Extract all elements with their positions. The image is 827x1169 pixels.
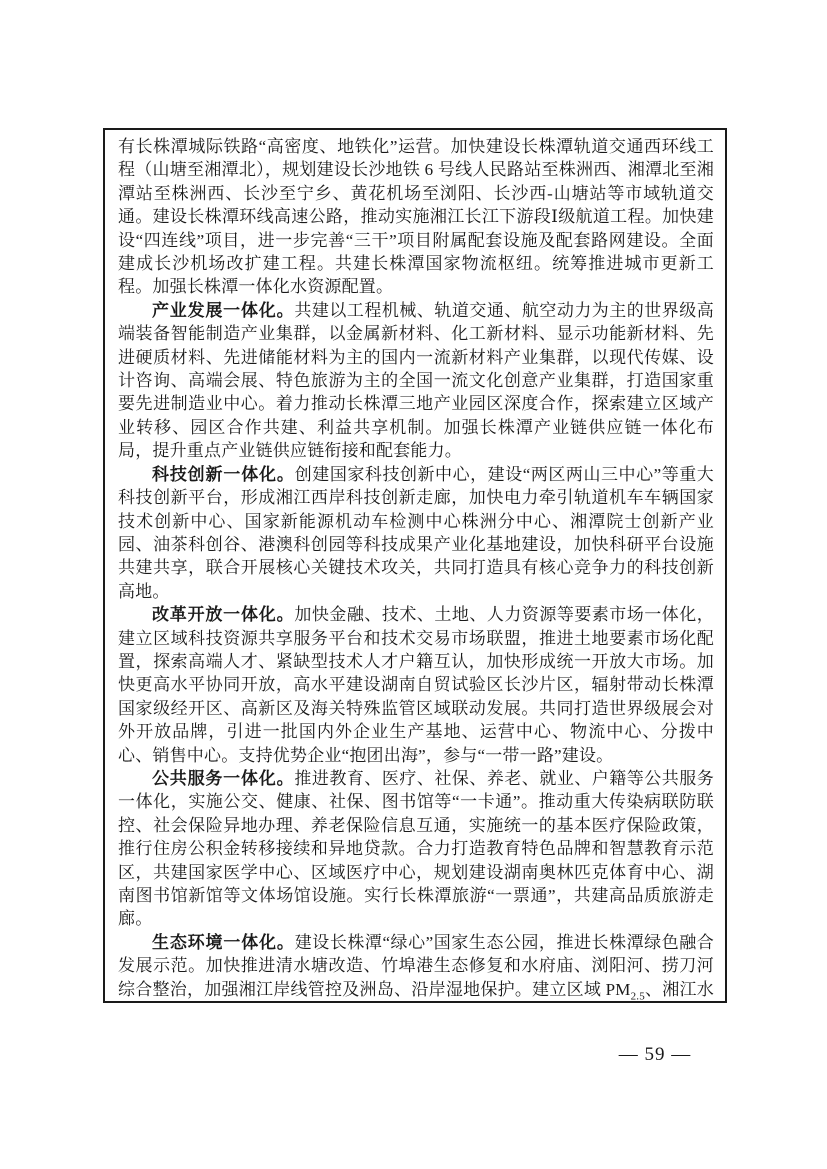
paragraph-lead: 公共服务一体化。 bbox=[152, 769, 294, 788]
paragraph-text: 共建以工程机械、轨道交通、航空动力为主的世界级高端装备智能制造产业集群，以金属新… bbox=[118, 301, 714, 460]
paragraph: 产业发展一体化。共建以工程机械、轨道交通、航空动力为主的世界级高端装备智能制造产… bbox=[118, 299, 714, 463]
body-text: 有长株潭城际铁路“高密度、地铁化”运营。加快建设长株潭轨道交通西环线工程（山塘至… bbox=[118, 135, 714, 1003]
document-page: 有长株潭城际铁路“高密度、地铁化”运营。加快建设长株潭轨道交通西环线工程（山塘至… bbox=[0, 0, 827, 1169]
paragraph-lead: 产业发展一体化。 bbox=[152, 301, 294, 320]
paragraph-text: 加快金融、技术、土地、人力资源等要素市场一体化，建立区域科技资源共享服务平台和技… bbox=[118, 605, 714, 764]
paragraph-text: 有长株潭城际铁路“高密度、地铁化”运营。加快建设长株潭轨道交通西环线工程（山塘至… bbox=[118, 137, 714, 296]
subscript-text: 2.5 bbox=[631, 990, 645, 1002]
page-number: — 59 — bbox=[595, 1044, 715, 1066]
paragraph: 科技创新一体化。创建国家科技创新中心，建设“两区两山三中心”等重大科技创新平台，… bbox=[118, 463, 714, 603]
paragraph: 生态环境一体化。建设长株潭“绿心”国家生态公园，推进长株潭绿色融合发展示范。加快… bbox=[118, 931, 714, 1003]
bordered-text-box: 有长株潭城际铁路“高密度、地铁化”运营。加快建设长株潭轨道交通西环线工程（山塘至… bbox=[103, 128, 727, 1003]
paragraph-text: 创建国家科技创新中心，建设“两区两山三中心”等重大科技创新平台，形成湘江西岸科技… bbox=[118, 465, 714, 601]
paragraph: 有长株潭城际铁路“高密度、地铁化”运营。加快建设长株潭轨道交通西环线工程（山塘至… bbox=[118, 135, 714, 299]
paragraph-lead: 科技创新一体化。 bbox=[152, 465, 295, 484]
paragraph-lead: 生态环境一体化。 bbox=[152, 933, 295, 952]
paragraph: 改革开放一体化。加快金融、技术、土地、人力资源等要素市场一体化，建立区域科技资源… bbox=[118, 603, 714, 767]
paragraph: 公共服务一体化。推进教育、医疗、社保、养老、就业、户籍等公共服务一体化，实施公交… bbox=[118, 767, 714, 931]
paragraph-text: 推进教育、医疗、社保、养老、就业、户籍等公共服务一体化，实施公交、健康、社保、图… bbox=[118, 769, 714, 928]
paragraph-lead: 改革开放一体化。 bbox=[152, 605, 294, 624]
